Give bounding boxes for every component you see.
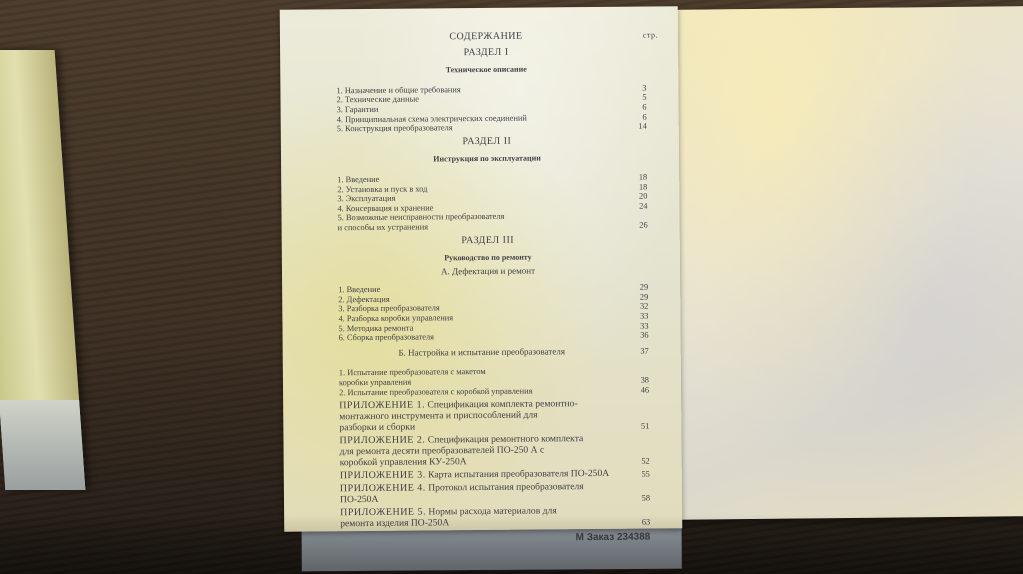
section-heading: РАЗДЕЛ I [336,46,636,58]
toc-title: СОДЕРЖАНИЕ [449,31,522,43]
section-heading: РАЗДЕЛ III [338,234,638,246]
section-3a-entries: 1. Введение29 2. Дефектация29 3. Разборк… [338,283,638,343]
bottom-shadow [0,514,1023,574]
right-blank-page [661,6,1023,520]
section-2-entries: 1. Введение18 2. Установка и пуск в ход1… [337,173,637,233]
section-subheading: Руководство по ремонту [338,252,638,264]
appendix-entry: ПРИЛОЖЕНИЕ 1. Спецификация комплекта рем… [339,398,639,434]
appendix-entry: ПРИЛОЖЕНИЕ 2. Спецификация ремонтного ко… [339,433,639,469]
part-a-heading: А. Дефектация и ремонт [338,265,638,277]
toc-entry: 5. Возможные неисправности преобразовате… [338,211,638,233]
section-3b-entries: 1. Испытание преобразователя с макетом к… [339,366,639,397]
table-of-contents: СОДЕРЖАНИЕ стр. РАЗДЕЛ I Техническое опи… [336,31,640,545]
section-subheading: Инструкция по эксплуатации [337,153,637,165]
appendix-entry: ПРИЛОЖЕНИЕ 4. Протокол испытания преобра… [340,481,640,506]
toc-title-row: СОДЕРЖАНИЕ стр. [336,31,636,43]
section-subheading: Техническое описание [336,64,636,76]
toc-entry: 1. Испытание преобразователя с макетом к… [339,366,639,388]
section-heading: РАЗДЕЛ II [337,135,637,147]
page-column-label: стр. [643,30,658,40]
toc-page: СОДЕРЖАНИЕ стр. РАЗДЕЛ I Техническое опи… [280,6,683,531]
appendices: ПРИЛОЖЕНИЕ 1. Спецификация комплекта рем… [339,398,640,530]
appendix-entry: ПРИЛОЖЕНИЕ 3. Карта испытания преобразов… [340,468,640,482]
toc-entry: 2. Испытание преобразователя с коробкой … [339,385,639,397]
toc-entry: 5. Конструкция преобразователя14 [337,122,637,134]
section-1-entries: 1. Назначение и общие требования3 2. Тех… [336,83,636,134]
